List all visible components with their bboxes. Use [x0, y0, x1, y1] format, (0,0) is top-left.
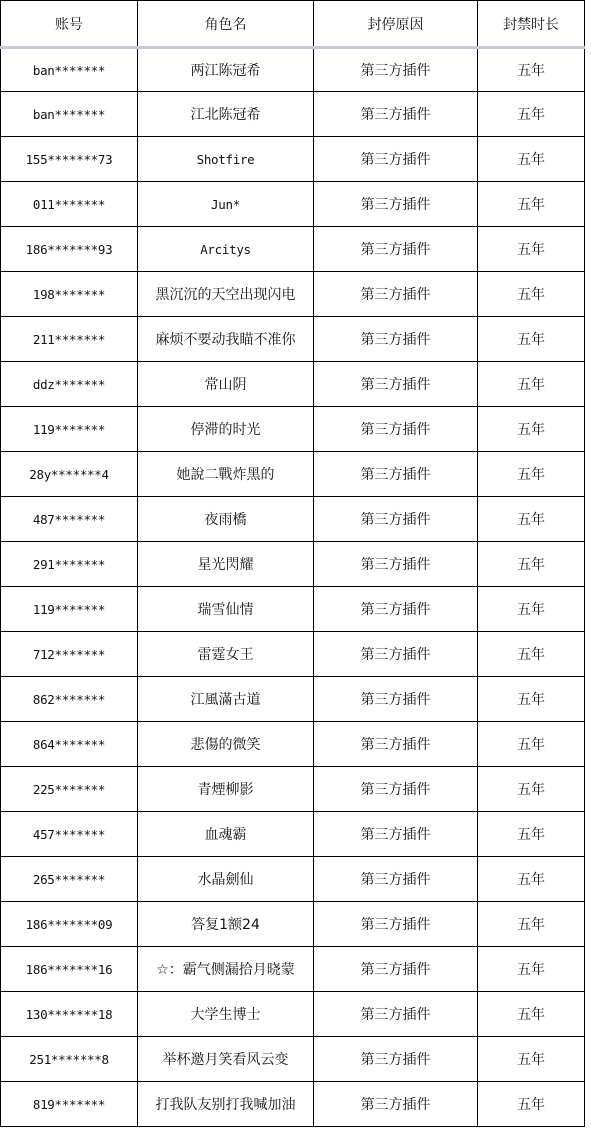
table-row: 28y*******4她說二戰炸黑的第三方插件五年: [1, 452, 585, 497]
cell-ban-reason: 第三方插件: [314, 1082, 478, 1127]
cell-account: 130*******18: [1, 992, 138, 1037]
cell-account: 119*******: [1, 407, 138, 452]
header-ban-reason: 封停原因: [314, 1, 478, 48]
cell-ban-duration: 五年: [478, 587, 585, 632]
cell-role-name: 答复1额24: [138, 902, 314, 947]
cell-role-name: 星光閃耀: [138, 542, 314, 587]
cell-role-name: 夜雨橋: [138, 497, 314, 542]
cell-account: 291*******: [1, 542, 138, 587]
cell-ban-reason: 第三方插件: [314, 317, 478, 362]
cell-ban-reason: 第三方插件: [314, 767, 478, 812]
cell-ban-reason: 第三方插件: [314, 587, 478, 632]
table-row: 119*******停滞的时光第三方插件五年: [1, 407, 585, 452]
cell-ban-reason: 第三方插件: [314, 48, 478, 92]
ban-list-table: 账号 角色名 封停原因 封禁时长 ban*******两江陈冠希第三方插件五年b…: [0, 0, 585, 1127]
table-row: 864*******悲傷的微笑第三方插件五年: [1, 722, 585, 767]
cell-ban-reason: 第三方插件: [314, 812, 478, 857]
cell-ban-reason: 第三方插件: [314, 542, 478, 587]
cell-ban-reason: 第三方插件: [314, 182, 478, 227]
cell-ban-reason: 第三方插件: [314, 362, 478, 407]
cell-account: 186*******09: [1, 902, 138, 947]
cell-role-name: 水晶劍仙: [138, 857, 314, 902]
cell-role-name: Arcitys: [138, 227, 314, 272]
table-row: ddz*******常山阴第三方插件五年: [1, 362, 585, 407]
cell-ban-reason: 第三方插件: [314, 497, 478, 542]
cell-ban-duration: 五年: [478, 92, 585, 137]
cell-account: 712*******: [1, 632, 138, 677]
cell-ban-reason: 第三方插件: [314, 227, 478, 272]
cell-role-name: 大学生博士: [138, 992, 314, 1037]
cell-ban-reason: 第三方插件: [314, 857, 478, 902]
cell-role-name: 瑞雪仙情: [138, 587, 314, 632]
table-row: 011*******Jun*第三方插件五年: [1, 182, 585, 227]
header-ban-duration: 封禁时长: [478, 1, 585, 48]
table-row: 225*******青煙柳影第三方插件五年: [1, 767, 585, 812]
cell-ban-reason: 第三方插件: [314, 722, 478, 767]
table-row: 712*******雷霆女王第三方插件五年: [1, 632, 585, 677]
cell-role-name: 青煙柳影: [138, 767, 314, 812]
cell-ban-duration: 五年: [478, 902, 585, 947]
cell-account: 119*******: [1, 587, 138, 632]
cell-role-name: 江北陈冠希: [138, 92, 314, 137]
cell-ban-duration: 五年: [478, 227, 585, 272]
table-row: 211*******麻烦不要动我瞄不准你第三方插件五年: [1, 317, 585, 362]
cell-ban-reason: 第三方插件: [314, 1037, 478, 1082]
table-row: 862*******江風滿古道第三方插件五年: [1, 677, 585, 722]
cell-role-name: 江風滿古道: [138, 677, 314, 722]
table-row: 186*******16☆：霸气侧漏拾月晓蒙第三方插件五年: [1, 947, 585, 992]
cell-role-name: 血魂霸: [138, 812, 314, 857]
cell-ban-duration: 五年: [478, 317, 585, 362]
cell-account: 155*******73: [1, 137, 138, 182]
cell-ban-duration: 五年: [478, 452, 585, 497]
cell-ban-duration: 五年: [478, 992, 585, 1037]
cell-ban-reason: 第三方插件: [314, 272, 478, 317]
cell-account: 862*******: [1, 677, 138, 722]
cell-ban-duration: 五年: [478, 407, 585, 452]
cell-ban-reason: 第三方插件: [314, 137, 478, 182]
table-row: ban*******两江陈冠希第三方插件五年: [1, 48, 585, 92]
cell-ban-duration: 五年: [478, 362, 585, 407]
cell-account: 225*******: [1, 767, 138, 812]
cell-ban-reason: 第三方插件: [314, 992, 478, 1037]
table-row: 251*******8举杯邀月笑看风云变第三方插件五年: [1, 1037, 585, 1082]
cell-account: 186*******16: [1, 947, 138, 992]
cell-ban-duration: 五年: [478, 947, 585, 992]
cell-role-name: 停滞的时光: [138, 407, 314, 452]
cell-account: 457*******: [1, 812, 138, 857]
cell-ban-reason: 第三方插件: [314, 902, 478, 947]
cell-role-name: 她說二戰炸黑的: [138, 452, 314, 497]
cell-account: 186*******93: [1, 227, 138, 272]
cell-ban-duration: 五年: [478, 497, 585, 542]
table-header-row: 账号 角色名 封停原因 封禁时长: [1, 1, 585, 48]
cell-role-name: Shotfire: [138, 137, 314, 182]
cell-ban-duration: 五年: [478, 272, 585, 317]
cell-ban-duration: 五年: [478, 1082, 585, 1127]
table-body: ban*******两江陈冠希第三方插件五年ban*******江北陈冠希第三方…: [1, 48, 585, 1127]
table-row: 155*******73Shotfire第三方插件五年: [1, 137, 585, 182]
cell-ban-duration: 五年: [478, 632, 585, 677]
table-row: 198*******黑沉沉的天空出现闪电第三方插件五年: [1, 272, 585, 317]
cell-ban-duration: 五年: [478, 677, 585, 722]
cell-role-name: 黑沉沉的天空出现闪电: [138, 272, 314, 317]
cell-role-name: Jun*: [138, 182, 314, 227]
cell-role-name: 打我队友别打我喊加油: [138, 1082, 314, 1127]
cell-role-name: 两江陈冠希: [138, 48, 314, 92]
cell-account: ddz*******: [1, 362, 138, 407]
cell-ban-duration: 五年: [478, 722, 585, 767]
table-row: 457*******血魂霸第三方插件五年: [1, 812, 585, 857]
cell-ban-duration: 五年: [478, 137, 585, 182]
cell-account: 487*******: [1, 497, 138, 542]
cell-account: ban*******: [1, 48, 138, 92]
cell-ban-duration: 五年: [478, 767, 585, 812]
cell-account: 864*******: [1, 722, 138, 767]
table-row: 487*******夜雨橋第三方插件五年: [1, 497, 585, 542]
cell-account: 198*******: [1, 272, 138, 317]
cell-ban-duration: 五年: [478, 48, 585, 92]
table-row: 186*******93Arcitys第三方插件五年: [1, 227, 585, 272]
table-row: 265*******水晶劍仙第三方插件五年: [1, 857, 585, 902]
cell-ban-reason: 第三方插件: [314, 407, 478, 452]
cell-ban-duration: 五年: [478, 182, 585, 227]
cell-account: ban*******: [1, 92, 138, 137]
cell-ban-reason: 第三方插件: [314, 92, 478, 137]
header-account: 账号: [1, 1, 138, 48]
table-row: 130*******18大学生博士第三方插件五年: [1, 992, 585, 1037]
cell-role-name: 雷霆女王: [138, 632, 314, 677]
cell-ban-reason: 第三方插件: [314, 947, 478, 992]
cell-ban-duration: 五年: [478, 542, 585, 587]
cell-account: 251*******8: [1, 1037, 138, 1082]
cell-account: 28y*******4: [1, 452, 138, 497]
table-row: 819*******打我队友别打我喊加油第三方插件五年: [1, 1082, 585, 1127]
cell-ban-reason: 第三方插件: [314, 632, 478, 677]
cell-account: 211*******: [1, 317, 138, 362]
table-row: 119*******瑞雪仙情第三方插件五年: [1, 587, 585, 632]
cell-account: 011*******: [1, 182, 138, 227]
cell-role-name: 悲傷的微笑: [138, 722, 314, 767]
cell-ban-duration: 五年: [478, 857, 585, 902]
cell-ban-reason: 第三方插件: [314, 452, 478, 497]
cell-role-name: ☆：霸气侧漏拾月晓蒙: [138, 947, 314, 992]
cell-account: 819*******: [1, 1082, 138, 1127]
cell-role-name: 常山阴: [138, 362, 314, 407]
cell-role-name: 举杯邀月笑看风云变: [138, 1037, 314, 1082]
cell-role-name: 麻烦不要动我瞄不准你: [138, 317, 314, 362]
cell-ban-duration: 五年: [478, 812, 585, 857]
cell-account: 265*******: [1, 857, 138, 902]
table-row: 291*******星光閃耀第三方插件五年: [1, 542, 585, 587]
cell-ban-reason: 第三方插件: [314, 677, 478, 722]
cell-ban-duration: 五年: [478, 1037, 585, 1082]
header-role-name: 角色名: [138, 1, 314, 48]
table-row: ban*******江北陈冠希第三方插件五年: [1, 92, 585, 137]
table-row: 186*******09答复1额24第三方插件五年: [1, 902, 585, 947]
